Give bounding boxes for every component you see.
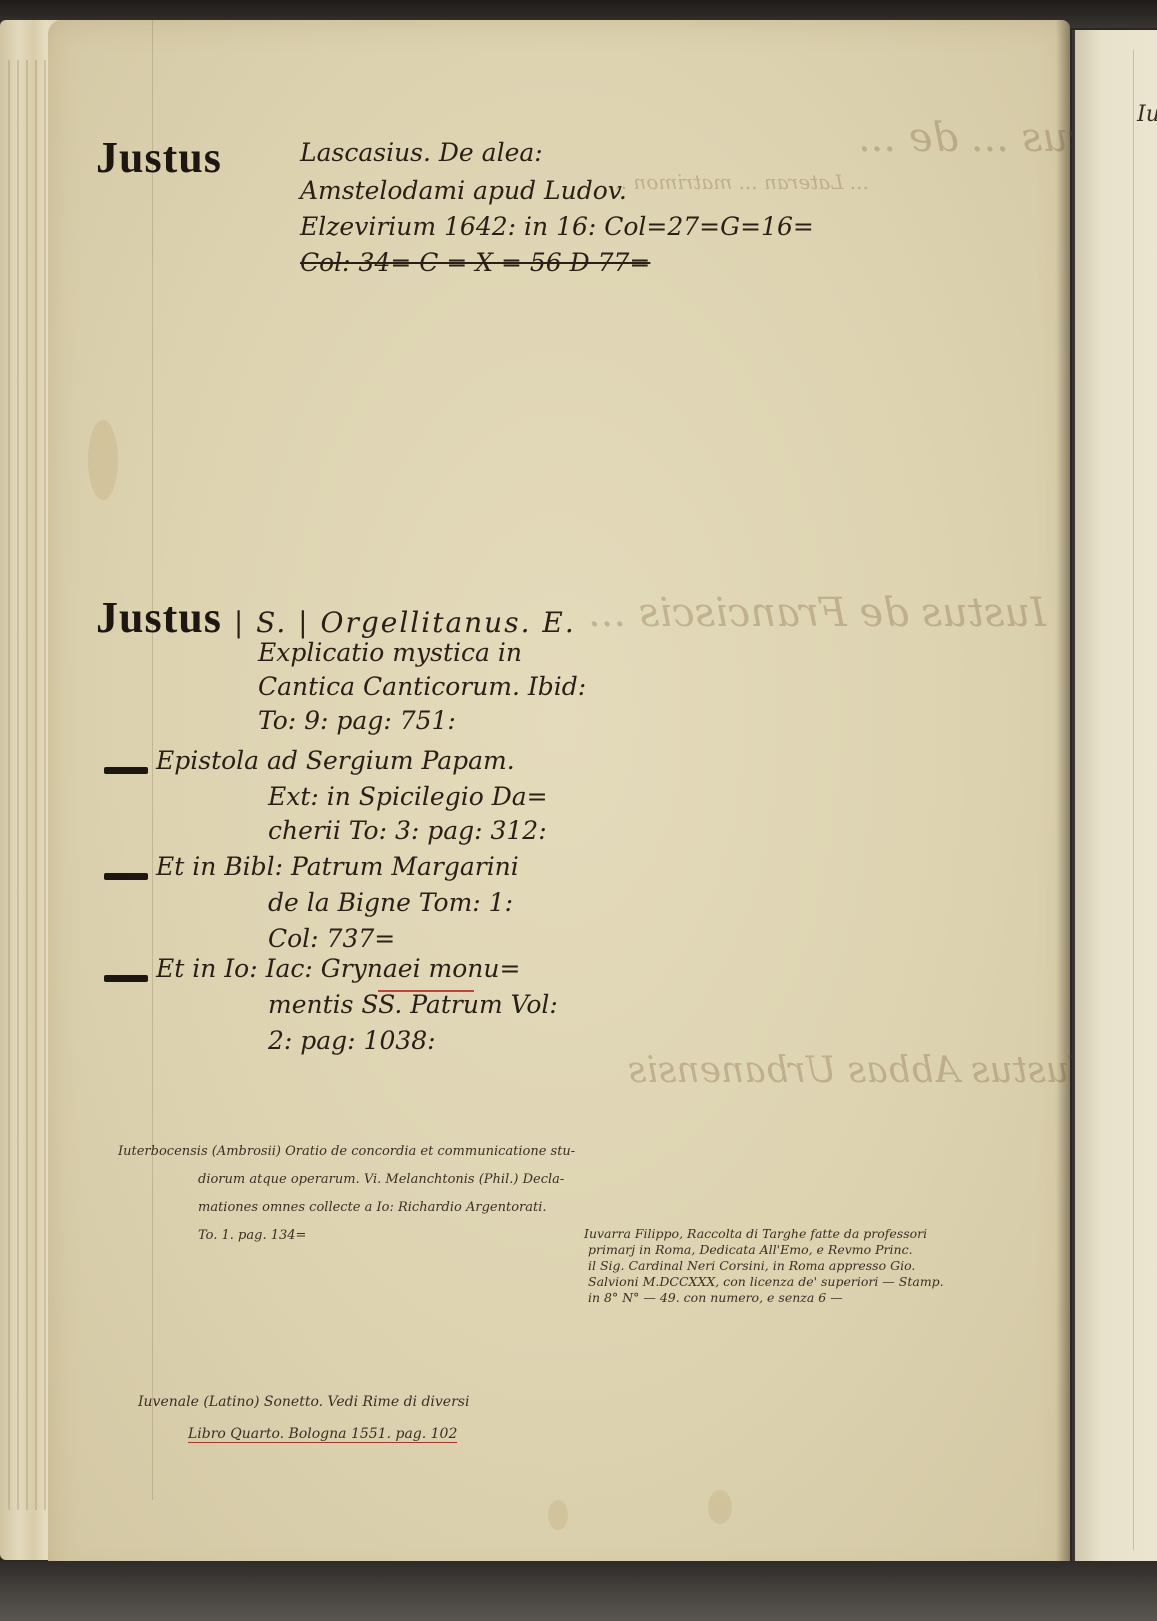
sub-item-line: Ext: in Spicilegio Da= [268, 782, 548, 811]
note-line: Salvioni M.DCCXXX, con licenza de' super… [588, 1274, 944, 1289]
sub-item-line: Et in Io: Iac: Grynaei monu= [156, 954, 520, 983]
sub-item-dash [104, 975, 148, 982]
entry-heading: Justus | S. | Orgellitanus. E. [96, 592, 576, 643]
sub-item-line: Et in Bibl: Patrum Margarini [156, 852, 519, 881]
sub-item-line: de la Bigne Tom: 1: [268, 888, 513, 917]
entry-line: Amstelodami apud Ludov. [300, 176, 627, 205]
note-line: primarj in Roma, Dedicata All'Emo, e Rev… [588, 1242, 913, 1257]
note-line: Libro Quarto. Bologna 1551. pag. 102 [188, 1426, 457, 1443]
sub-item-line: 2: pag: 1038: [268, 1026, 436, 1055]
entry-line: Cantica Canticorum. Ibid: [258, 672, 586, 701]
foxing-stain [88, 420, 118, 500]
note-line: Iuterbocensis (Ambrosii) Oratio de conco… [118, 1144, 575, 1159]
show-through-text: Iustus de Franciscis ... [588, 590, 1046, 636]
sub-item-dash [104, 767, 148, 774]
spine-shadow [1056, 20, 1070, 1580]
note-line: il Sig. Cardinal Neri Corsini, in Roma a… [588, 1258, 915, 1273]
sub-item-line: Epistola ad Sergium Papam. [156, 746, 515, 775]
entry-line-struck: Col: 34= C = X = 56 D 77= [300, 248, 650, 277]
show-through-text: ... Lateran ... matrimon ... [608, 170, 869, 194]
foxing-stain [708, 1490, 732, 1524]
entry-line: To: 9: pag: 751: [258, 706, 456, 735]
note-line: in 8° N° — 49. con numero, e senza 6 — [588, 1290, 843, 1305]
entry-line: Elzevirium 1642: in 16: Col=27=G=16= [300, 212, 814, 241]
note-line: Iuvenale (Latino) Sonetto. Vedi Rime di … [138, 1394, 469, 1410]
foxing-stain [548, 1500, 568, 1530]
note-line: To. 1. pag. 134= [198, 1228, 306, 1243]
note-line: mationes omnes collecte a Io: Richardio … [198, 1200, 547, 1215]
note-line: diorum atque operarum. Vi. Melanchtonis … [198, 1172, 564, 1187]
entry-heading-text: Justus [96, 133, 222, 182]
facing-page: Iu [1072, 30, 1157, 1570]
manuscript-page: Iustus Francicus ... de ... ... Lateran … [48, 20, 1070, 1580]
show-through-text: Iustus Abbas Urbanensis [628, 1050, 1083, 1091]
facing-page-rule [1133, 50, 1134, 1550]
sub-item-line: cherii To: 3: pag: 312: [268, 816, 547, 845]
entry-heading: Justus [96, 132, 222, 183]
facing-page-text: Iu [1137, 102, 1157, 127]
entry-heading-suffix: | S. | Orgellitanus. E. [234, 606, 576, 639]
entry-heading-text: Justus [96, 593, 222, 642]
margin-rule [152, 20, 153, 1500]
sub-item-line: mentis SS. Patrum Vol: [268, 990, 558, 1019]
sub-item-dash [104, 873, 148, 880]
entry-line: Lascasius. De alea: [300, 138, 543, 167]
sub-item-line: Col: 737= [268, 924, 395, 953]
note-line: Iuvarra Filippo, Raccolta di Targhe fatt… [584, 1226, 927, 1241]
entry-line: Explicatio mystica in [258, 638, 522, 667]
scan-bottom-shadow [0, 1561, 1157, 1621]
